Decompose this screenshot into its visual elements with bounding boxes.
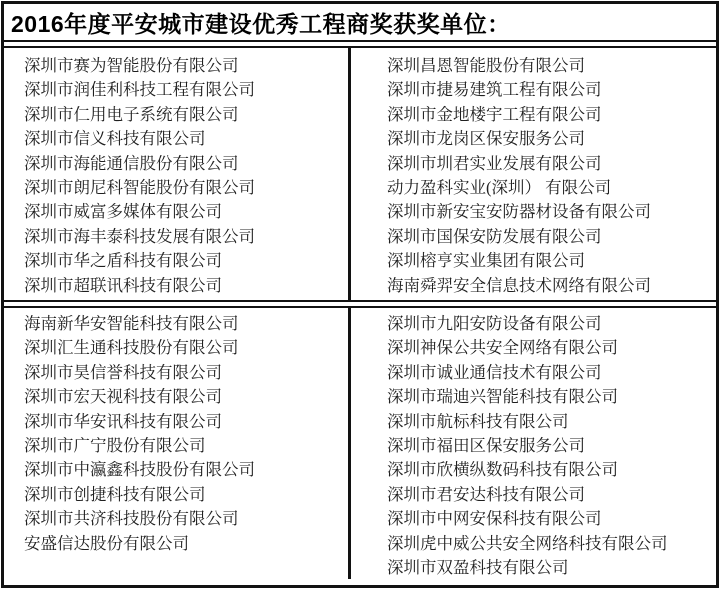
company-item: 深圳市广宁股份有限公司 xyxy=(24,434,348,458)
company-item: 深圳市海能通信股份有限公司 xyxy=(24,152,348,176)
company-item: 海南舜羿安全信息技术网络有限公司 xyxy=(387,274,716,298)
document-table: 2016年度平安城市建设优秀工程商奖获奖单位： 深圳市赛为智能股份有限公司 深圳… xyxy=(1,1,719,588)
company-item: 深圳市欣横纵数码科技有限公司 xyxy=(387,458,716,482)
award-list-page: 2016年度平安城市建设优秀工程商奖获奖单位： 深圳市赛为智能股份有限公司 深圳… xyxy=(0,0,721,590)
company-item: 深圳市中瀛鑫科技股份有限公司 xyxy=(24,458,348,482)
section2-left-column: 海南新华安智能科技有限公司 深圳汇生通科技股份有限公司 深圳市昊信誉科技有限公司… xyxy=(4,308,348,579)
company-item: 深圳市中网安保科技有限公司 xyxy=(387,507,716,531)
company-item: 深圳市圳君实业发展有限公司 xyxy=(387,152,716,176)
company-item: 深圳市九阳安防设备有限公司 xyxy=(387,312,716,336)
company-item: 深圳市超联讯科技有限公司 xyxy=(24,274,348,298)
section1-right-column: 深圳昌恩智能股份有限公司 深圳市捷易建筑工程有限公司 深圳市金地楼宇工程有限公司… xyxy=(351,48,716,300)
company-item: 深圳市仁用电子系统有限公司 xyxy=(24,103,348,127)
company-item: 深圳市捷易建筑工程有限公司 xyxy=(387,78,716,102)
company-item: 动力盈科实业(深圳） 有限公司 xyxy=(387,176,716,200)
company-item: 深圳市共济科技股份有限公司 xyxy=(24,507,348,531)
page-title: 2016年度平安城市建设优秀工程商奖获奖单位： xyxy=(11,6,511,39)
company-item: 深圳市双盈科技有限公司 xyxy=(387,556,716,579)
winners-section-1: 深圳市赛为智能股份有限公司 深圳市润佳利科技工程有限公司 深圳市仁用电子系统有限… xyxy=(4,46,716,302)
company-item: 海南新华安智能科技有限公司 xyxy=(24,312,348,336)
company-item: 深圳市诚业通信技术有限公司 xyxy=(387,361,716,385)
company-item: 深圳市宏天视科技有限公司 xyxy=(24,385,348,409)
company-item: 深圳神保公共安全网络有限公司 xyxy=(387,336,716,360)
company-item: 深圳市福田区保安服务公司 xyxy=(387,434,716,458)
table-title-row: 2016年度平安城市建设优秀工程商奖获奖单位： xyxy=(4,4,716,42)
section2-right-column: 深圳市九阳安防设备有限公司 深圳神保公共安全网络有限公司 深圳市诚业通信技术有限… xyxy=(351,308,716,579)
company-item: 深圳市海丰泰科技发展有限公司 xyxy=(24,225,348,249)
section1-left-column: 深圳市赛为智能股份有限公司 深圳市润佳利科技工程有限公司 深圳市仁用电子系统有限… xyxy=(4,48,348,300)
company-item: 深圳市创捷科技有限公司 xyxy=(24,483,348,507)
company-item: 深圳市华之盾科技有限公司 xyxy=(24,249,348,273)
company-item: 深圳汇生通科技股份有限公司 xyxy=(24,336,348,360)
company-item: 深圳市金地楼宇工程有限公司 xyxy=(387,103,716,127)
company-item: 深圳市华安讯科技有限公司 xyxy=(24,410,348,434)
company-item: 深圳榕亨实业集团有限公司 xyxy=(387,249,716,273)
company-item: 深圳市威富多媒体有限公司 xyxy=(24,200,348,224)
company-item: 深圳市昊信誉科技有限公司 xyxy=(24,361,348,385)
company-item: 深圳市信义科技有限公司 xyxy=(24,127,348,151)
winners-section-2: 海南新华安智能科技有限公司 深圳汇生通科技股份有限公司 深圳市昊信誉科技有限公司… xyxy=(4,306,716,579)
company-item: 深圳市润佳利科技工程有限公司 xyxy=(24,78,348,102)
company-item: 深圳市瑞迪兴智能科技有限公司 xyxy=(387,385,716,409)
company-item: 深圳市国保安防发展有限公司 xyxy=(387,225,716,249)
company-item: 深圳市新安宝安防器材设备有限公司 xyxy=(387,200,716,224)
company-item: 深圳市航标科技有限公司 xyxy=(387,410,716,434)
company-item: 深圳虎中威公共安全网络科技有限公司 xyxy=(387,532,716,556)
company-item: 深圳市赛为智能股份有限公司 xyxy=(24,54,348,78)
company-item: 深圳市龙岗区保安服务公司 xyxy=(387,127,716,151)
company-item: 安盛信达股份有限公司 xyxy=(24,532,348,556)
company-item: 深圳昌恩智能股份有限公司 xyxy=(387,54,716,78)
company-item: 深圳市君安达科技有限公司 xyxy=(387,483,716,507)
company-item: 深圳市朗尼科智能股份有限公司 xyxy=(24,176,348,200)
